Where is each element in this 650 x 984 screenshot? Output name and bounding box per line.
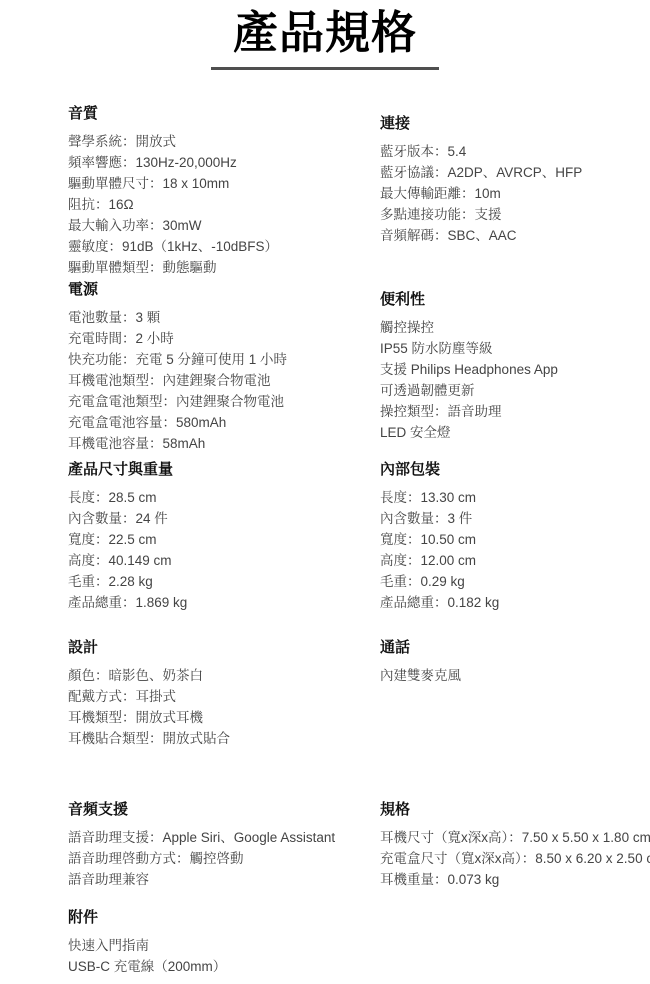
section-title-accessories: 附件 <box>68 907 380 928</box>
spec-line-packaging-width: 寬度：10.50 cm <box>380 529 640 550</box>
spec-line-fit-type: 耳機貼合類型：開放式貼合 <box>68 728 380 749</box>
section-connectivity: 連接 藍牙版本：5.4 藍牙協議：A2DP、AVRCP、HFP 最大傳輸距離：1… <box>380 103 640 278</box>
section-sound-quality: 音質 聲學系統：開放式 頻率響應：130Hz-20,000Hz 驅動單體尺寸：1… <box>68 103 380 278</box>
spec-row-4: 設計 顏色：暗影色、奶茶白 配戴方式：耳掛式 耳機類型：開放式耳機 耳機貼合類型… <box>68 637 640 749</box>
page-title: 產品規格 <box>0 0 650 60</box>
section-title-power: 電源 <box>68 279 380 300</box>
spec-line-packaging-count: 內含數量：3 件 <box>380 508 640 529</box>
spec-line-led-safety-light: LED 安全燈 <box>380 422 640 443</box>
empty-cell <box>380 907 640 977</box>
spec-line-control-type: 操控類型：語音助理 <box>380 401 640 422</box>
section-title-inner-packaging: 內部包裝 <box>380 459 640 480</box>
section-calls: 通話 內建雙麥克風 <box>380 637 640 749</box>
section-specifications: 規格 耳機尺寸（寬x深x高）：7.50 x 5.50 x 1.80 cm 充電盒… <box>380 799 640 890</box>
spec-line-acoustic-system: 聲學系統：開放式 <box>68 131 380 152</box>
spec-line-battery-count: 電池數量：3 顆 <box>68 307 380 328</box>
section-inner-packaging: 內部包裝 長度：13.30 cm 內含數量：3 件 寬度：10.50 cm 高度… <box>380 459 640 613</box>
section-title-audio-support: 音頻支援 <box>68 799 380 820</box>
section-power: 電源 電池數量：3 顆 充電時間：2 小時 快充功能：充電 5 分鐘可使用 1 … <box>68 279 380 454</box>
spec-line-case-battery-type: 充電盒電池類型：內建鋰聚合物電池 <box>68 391 380 412</box>
spec-line-max-input-power: 最大輸入功率：30mW <box>68 215 380 236</box>
spec-line-product-height: 高度：40.149 cm <box>68 550 380 571</box>
section-design: 設計 顏色：暗影色、奶茶白 配戴方式：耳掛式 耳機類型：開放式耳機 耳機貼合類型… <box>68 637 380 749</box>
section-title-convenience: 便利性 <box>380 289 640 310</box>
spec-line-driver-size: 驅動單體尺寸：18 x 10mm <box>68 173 380 194</box>
section-convenience: 便利性 觸控操控 IP55 防水防塵等級 支援 Philips Headphon… <box>380 279 640 454</box>
spec-line-earbud-size: 耳機尺寸（寬x深x高）：7.50 x 5.50 x 1.80 cm <box>380 827 640 848</box>
spec-line-max-range: 最大傳輸距離：10m <box>380 183 640 204</box>
spec-line-usb-c-cable: USB-C 充電線（200mm） <box>68 956 380 977</box>
spec-line-voice-assistant-support: 語音助理支援：Apple Siri、Google Assistant <box>68 827 380 848</box>
section-title-product-dimensions: 產品尺寸與重量 <box>68 459 380 480</box>
spec-line-earbud-battery-type: 耳機電池類型：內建鋰聚合物電池 <box>68 370 380 391</box>
spec-line-packaging-height: 高度：12.00 cm <box>380 550 640 571</box>
spec-line-multipoint: 多點連接功能：支援 <box>380 204 640 225</box>
spec-row-3: 產品尺寸與重量 長度：28.5 cm 內含數量：24 件 寬度：22.5 cm … <box>68 459 640 613</box>
spec-line-packaging-gross-weight: 毛重：0.29 kg <box>380 571 640 592</box>
spec-line-product-gross-weight: 毛重：2.28 kg <box>68 571 380 592</box>
spec-line-case-size: 充電盒尺寸（寬x深x高）：8.50 x 6.20 x 2.50 cm <box>380 848 640 869</box>
spec-line-product-count: 內含數量：24 件 <box>68 508 380 529</box>
spec-line-frequency-response: 頻率響應：130Hz-20,000Hz <box>68 152 380 173</box>
spec-line-voice-assistant-compatible: 語音助理兼容 <box>68 869 380 890</box>
section-title-specifications: 規格 <box>380 799 640 820</box>
section-title-connectivity: 連接 <box>380 113 640 134</box>
section-product-dimensions: 產品尺寸與重量 長度：28.5 cm 內含數量：24 件 寬度：22.5 cm … <box>68 459 380 613</box>
spec-row-5: 音頻支援 語音助理支援：Apple Siri、Google Assistant … <box>68 799 640 890</box>
spec-line-app-support: 支援 Philips Headphones App <box>380 359 640 380</box>
spec-line-wearing-style: 配戴方式：耳掛式 <box>68 686 380 707</box>
spec-line-audio-codec: 音頻解碼：SBC、AAC <box>380 225 640 246</box>
spec-line-voice-assistant-activation: 語音助理啓動方式：觸控啓動 <box>68 848 380 869</box>
section-title-design: 設計 <box>68 637 380 658</box>
spec-line-packaging-total-weight: 產品總重：0.182 kg <box>380 592 640 613</box>
spec-line-touch-control: 觸控操控 <box>380 317 640 338</box>
section-accessories: 附件 快速入門指南 USB-C 充電線（200mm） <box>68 907 380 977</box>
section-title-calls: 通話 <box>380 637 640 658</box>
spec-line-impedance: 阻抗：16Ω <box>68 194 380 215</box>
section-audio-support: 音頻支援 語音助理支援：Apple Siri、Google Assistant … <box>68 799 380 890</box>
spec-line-product-length: 長度：28.5 cm <box>68 487 380 508</box>
spec-line-case-battery-capacity: 充電盒電池容量：580mAh <box>68 412 380 433</box>
spec-line-headphone-type: 耳機類型：開放式耳機 <box>68 707 380 728</box>
spec-line-earbud-weight: 耳機重量：0.073 kg <box>380 869 640 890</box>
spec-line-product-total-weight: 產品總重：1.869 kg <box>68 592 380 613</box>
spec-line-firmware-update: 可透過韌體更新 <box>380 380 640 401</box>
spec-row-6: 附件 快速入門指南 USB-C 充電線（200mm） <box>68 907 640 977</box>
spec-line-product-width: 寬度：22.5 cm <box>68 529 380 550</box>
spec-sheet-page: 產品規格 音質 聲學系統：開放式 頻率響應：130Hz-20,000Hz 驅動單… <box>0 0 650 984</box>
spec-line-earbud-battery-capacity: 耳機電池容量：58mAh <box>68 433 380 454</box>
spec-line-dual-mic: 內建雙麥克風 <box>380 665 640 686</box>
section-title-sound-quality: 音質 <box>68 103 380 124</box>
spec-grid: 音質 聲學系統：開放式 頻率響應：130Hz-20,000Hz 驅動單體尺寸：1… <box>0 103 650 977</box>
title-underline <box>211 67 439 70</box>
spec-line-driver-type: 驅動單體類型：動態驅動 <box>68 257 380 278</box>
spec-line-packaging-length: 長度：13.30 cm <box>380 487 640 508</box>
spec-line-quick-start-guide: 快速入門指南 <box>68 935 380 956</box>
spec-line-quick-charge: 快充功能：充電 5 分鐘可使用 1 小時 <box>68 349 380 370</box>
spec-line-bluetooth-version: 藍牙版本：5.4 <box>380 141 640 162</box>
spec-row-2: 電源 電池數量：3 顆 充電時間：2 小時 快充功能：充電 5 分鐘可使用 1 … <box>68 279 640 454</box>
spec-line-ip-rating: IP55 防水防塵等級 <box>380 338 640 359</box>
spec-line-sensitivity: 靈敏度：91dB（1kHz、-10dBFS） <box>68 236 380 257</box>
spec-line-color: 顏色：暗影色、奶茶白 <box>68 665 380 686</box>
spec-line-bluetooth-profiles: 藍牙協議：A2DP、AVRCP、HFP <box>380 162 640 183</box>
spec-row-1: 音質 聲學系統：開放式 頻率響應：130Hz-20,000Hz 驅動單體尺寸：1… <box>68 103 640 278</box>
spec-line-charge-time: 充電時間：2 小時 <box>68 328 380 349</box>
